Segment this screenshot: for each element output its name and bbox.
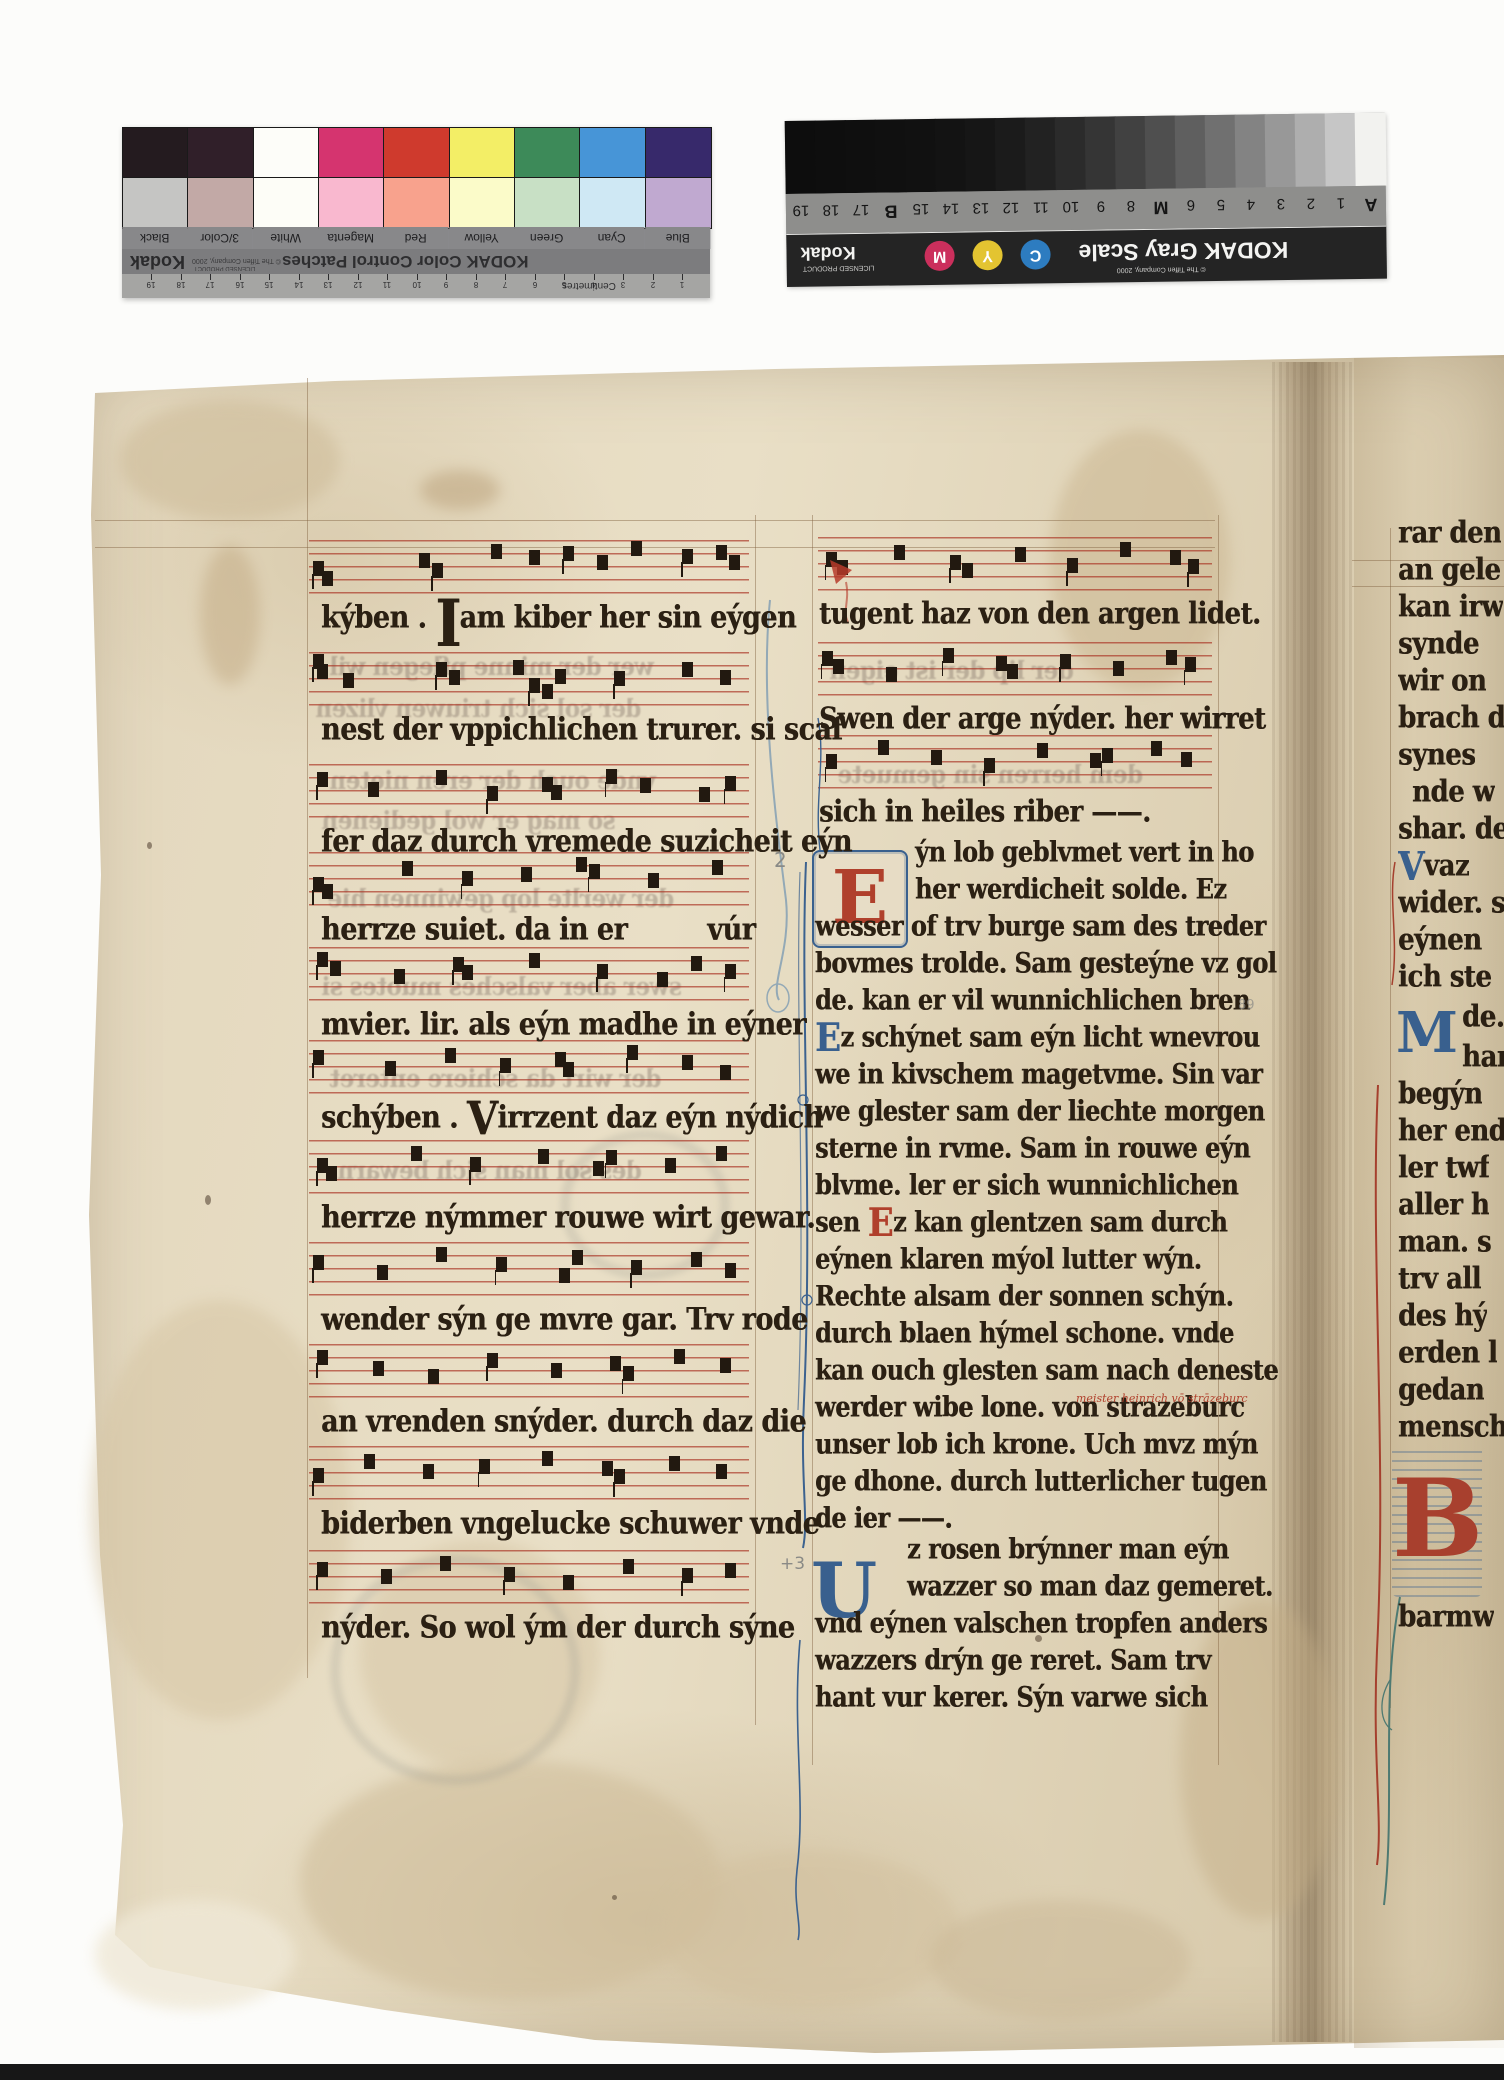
gray-step (965, 118, 997, 191)
fragment-text-line: rar den (1398, 516, 1501, 551)
ruler-number: 19 (143, 280, 159, 289)
initial-letter: B (1392, 1456, 1483, 1582)
kodak-wordmark: Kodak (130, 251, 185, 272)
ruler-number: 10 (409, 280, 425, 289)
chant-text-line-middle: tugent haz von den argen lidet. (819, 597, 1261, 632)
chant-text-line-left: herrze suiet. da in er vúr (321, 912, 755, 948)
prose-text-line: wazzers drýn ge reret. Sam trv (815, 1643, 1211, 1676)
color-patch-Red (383, 127, 450, 179)
fragment-text-line: an gele (1398, 553, 1500, 588)
prose-text-line: we glester sam der liechte morgen (815, 1094, 1265, 1127)
gray-step (995, 118, 1027, 191)
color-patch-tint-Red (383, 177, 450, 229)
prose-text-line: bovmes trolde. Sam gesteýne vz gol (815, 946, 1276, 979)
patch-label: White (253, 227, 318, 249)
patch-label: Blue (645, 227, 710, 249)
prose-text-line: Ez schýnet sam eýn licht wnevrou (815, 1020, 1260, 1053)
fragment-text-line: synes (1398, 738, 1475, 773)
gray-step (845, 120, 877, 193)
ruler-number: 11 (379, 280, 395, 289)
ruler-number: 9 (438, 280, 454, 289)
gray-step-label: 6 (1176, 196, 1206, 213)
ruler-number: 8 (468, 280, 484, 289)
gray-step-label: M (1146, 197, 1176, 218)
gray-card-copyright: © The Tiffen Company, 2000 (1117, 265, 1206, 273)
prose-text-line: we in kivschem magetvme. Sin var (815, 1057, 1262, 1090)
chant-text-line-left: herrze nýmmer rouwe wirt gewar. (321, 1200, 815, 1236)
fragment-text-line: ich ste (1398, 960, 1491, 995)
gray-step-label: 5 (1206, 196, 1236, 213)
ruler-number: 7 (497, 280, 513, 289)
gray-step (1235, 114, 1267, 187)
gray-step-label: 3 (1266, 195, 1296, 212)
gray-step (1355, 113, 1387, 186)
gray-step-label: 18 (816, 201, 846, 218)
gray-step-label: 14 (936, 199, 966, 216)
fragment-text-line: erden l (1398, 1336, 1497, 1371)
color-card-brand-band: KODAK Color Control Patches © The Tiffen… (122, 249, 710, 274)
lombard-initial-blue-E: E (815, 1015, 840, 1061)
centimetre-ruler: Centimetres 1234567891011121314151617181… (122, 274, 710, 298)
gray-card-licensed: LICENSED PRODUCT (803, 264, 875, 272)
calligraphic-initial-I: I (435, 586, 459, 662)
fragment-text-line: gedan (1398, 1373, 1484, 1408)
fragment-text-line: synde (1398, 627, 1479, 662)
red-rubric-gloss: meister heinrich vō strāzeburc (1076, 1392, 1248, 1405)
ruler-number: 5 (556, 280, 572, 289)
fragment-text-line: trv all (1398, 1262, 1481, 1297)
gray-step (1055, 117, 1087, 190)
gray-card-title: KODAK Gray Scale (1078, 236, 1288, 266)
gray-step (815, 120, 847, 193)
pencil-note: +3 (780, 1554, 805, 1574)
color-patch-tint-Green (514, 177, 581, 229)
gray-step (1295, 113, 1327, 186)
patch-label: Cyan (579, 227, 644, 249)
gray-step (1265, 114, 1297, 187)
ruler-number: 17 (202, 280, 218, 289)
color-patch-Yellow (449, 127, 516, 179)
fragment-text-line: hanr n (1462, 1040, 1504, 1075)
manuscript-scan-canvas: Black3/ColorWhiteMagentaRedYellowGreenCy… (0, 0, 1504, 2080)
ink-circle-C: C (1020, 239, 1050, 269)
ruler-number: 1 (674, 280, 690, 289)
color-patch-Blue (645, 127, 712, 179)
gray-step (935, 118, 967, 191)
ruler-number: 4 (586, 280, 602, 289)
color-patch-tint-Blue (645, 177, 712, 229)
fragment-text-line: nde w (1412, 775, 1495, 810)
fragment-text-line: kan irw (1398, 590, 1503, 625)
gray-step (1175, 115, 1207, 188)
ruler-number: 2 (645, 280, 661, 289)
gray-step-label: 12 (996, 199, 1026, 216)
gray-step-label: 15 (906, 200, 936, 217)
ruler-number: 16 (232, 280, 248, 289)
fragment-text-line: ler twf (1398, 1151, 1489, 1186)
kodak-color-control-patches-card: Black3/ColorWhiteMagentaRedYellowGreenCy… (122, 127, 710, 298)
decorated-initial-B: B (1392, 1445, 1482, 1597)
color-patch-Black (122, 127, 189, 179)
color-card-licensed: LICENSED PRODUCT (194, 265, 255, 271)
color-patch-tint-Black (122, 177, 189, 229)
gray-step (1085, 116, 1117, 189)
prose-text-line: sterne in rvme. Sam in rouwe eýn (815, 1131, 1250, 1164)
ruler-number: 3 (615, 280, 631, 289)
lombard-initial-blue-V: V (1398, 849, 1424, 884)
kodak-wordmark: Kodak (800, 242, 855, 264)
fragment-text-line: brach d (1398, 701, 1504, 736)
chant-text-line-left: biderben vngelucke schuwer vnde (321, 1506, 819, 1542)
capital-initial-V: V (467, 1092, 498, 1146)
gray-step-label: 8 (1116, 197, 1146, 214)
chant-text-line-left: wender sýn ge mvre gar. Trv rode (321, 1302, 808, 1338)
prose-text-line: durch blaen hýmel schone. vnde (815, 1316, 1234, 1349)
gray-step (1115, 116, 1147, 189)
chant-text-line-left: schýben . Virrzent daz eýn nýdich (321, 1100, 823, 1136)
fragment-text-line: barmw (1398, 1600, 1494, 1635)
patch-label: Yellow (449, 227, 514, 249)
gray-card-brand-band: Kodak LICENSED PRODUCT MYC KODAK Gray Sc… (786, 226, 1387, 287)
color-patch-tint-White (253, 177, 320, 229)
color-card-copyright: © The Tiffen Company, 2000 (192, 257, 281, 264)
fragment-text-line: aller h (1398, 1188, 1489, 1223)
ruler-number: 15 (261, 280, 277, 289)
fragment-text-line: wider. s (1398, 886, 1504, 921)
patch-label: Black (122, 227, 187, 249)
prose-text-line: ýn lob geblvmet vert in ho (915, 835, 1254, 868)
ruler-number: 18 (173, 280, 189, 289)
ruler-number: 13 (320, 280, 336, 289)
gray-step-label: 17 (846, 201, 876, 218)
color-patch-3/Color (187, 127, 254, 179)
patch-label: 3/Color (187, 227, 252, 249)
color-patch-tint-Cyan (579, 177, 646, 229)
prose-text-line: sen Ez kan glentzen sam durch (815, 1205, 1227, 1238)
color-card-title: KODAK Color Control Patches (282, 251, 529, 271)
fragment-text-line: wir on (1398, 664, 1486, 699)
prose-text-line: z rosen brýnner man eýn (907, 1532, 1229, 1565)
chant-text-line-left: nýder. So wol ým der durch sýne (321, 1610, 794, 1646)
prose-text-line: eýnen klaren mýol lutter wýn. (815, 1242, 1202, 1275)
fragment-text-line: des hý (1398, 1299, 1487, 1334)
fragment-text-line: man. s (1398, 1225, 1491, 1260)
fragment-text-line: mensch (1398, 1410, 1504, 1445)
gray-step (1145, 116, 1177, 189)
gray-step-label: 2 (1296, 194, 1326, 211)
prose-text-line: de. kan er vil wunnichlichen bren (815, 983, 1250, 1016)
ruler-number: 14 (291, 280, 307, 289)
ruler-number: 12 (350, 280, 366, 289)
fragment-text-line: Vvaz (1398, 849, 1469, 884)
gray-step-label: 4 (1236, 195, 1266, 212)
gray-step-label: 9 (1086, 197, 1116, 214)
fragment-text-line: her end (1398, 1114, 1504, 1149)
prose-text-line: ge dhone. durch lutterlicher tugen (815, 1464, 1267, 1497)
prose-text-line: Rechte alsam der sonnen schýn. (815, 1279, 1233, 1312)
color-patch-White (253, 127, 320, 179)
chant-text-line-left: an vrenden snýder. durch daz die (321, 1404, 806, 1440)
fragment-text-line: eýnen (1398, 923, 1482, 958)
gray-step-label: 11 (1026, 198, 1056, 215)
ink-circle-M: M (924, 241, 954, 271)
pencil-small-number: 89 (1238, 998, 1255, 1013)
gray-step-label: 19 (786, 202, 816, 219)
lombard-initial-red-E: E (868, 1200, 893, 1246)
prose-text-line: kan ouch glesten sam nach deneste (815, 1353, 1278, 1386)
chant-text-line-left: mvier. lir. als eýn madhe in eýner (321, 1007, 806, 1043)
gray-step-label: A (1356, 194, 1386, 215)
prose-text-line: wesser of trv burge sam des treder (815, 909, 1266, 942)
color-patch-Magenta (318, 127, 385, 179)
gray-step-label: 13 (966, 199, 996, 216)
gray-step (1025, 117, 1057, 190)
kodak-gray-scale-card: 191817B15141312111098M654321A Kodak LICE… (785, 113, 1387, 286)
folio-number-pencil: 2 (774, 848, 787, 872)
gray-step (1205, 115, 1237, 188)
color-patch-tint-Magenta (318, 177, 385, 229)
fragment-text-line: begýn (1398, 1077, 1482, 1112)
gray-step (1325, 113, 1357, 186)
ink-circle-Y: Y (972, 240, 1002, 270)
patch-label: Red (383, 227, 448, 249)
prose-text-line: vnd eýnen valschen tropfen anders (815, 1606, 1267, 1639)
scan-bottom-edge (0, 2064, 1504, 2080)
chant-text-line-middle: sich in heiles riber ——. (819, 795, 1151, 830)
prose-text-line: blvme. ler er sich wunnichlichen (815, 1168, 1238, 1201)
gray-step (875, 119, 907, 192)
gray-step (905, 119, 937, 192)
color-patch-tint-3/Color (187, 177, 254, 229)
ruler-number: 6 (527, 280, 543, 289)
gray-step-label: 1 (1326, 194, 1356, 211)
prose-text-line: de ier ——. (815, 1501, 952, 1534)
gray-step-label: B (876, 200, 906, 221)
prose-text-line: unser lob ich krone. Uch mvz mýn (815, 1427, 1258, 1460)
decorated-initial-M: M (1394, 993, 1460, 1073)
prose-text-line: her werdicheit solde. Ez (915, 872, 1226, 905)
initial-letter: M (1396, 1000, 1458, 1066)
color-patch-tint-Yellow (449, 177, 516, 229)
fragment-text-line: shar. de (1398, 812, 1504, 847)
patch-label: Green (514, 227, 579, 249)
chant-text-line-left: fer daz durch vremede suzicheit eýn (321, 824, 852, 860)
gray-step (785, 121, 817, 194)
color-patch-Green (514, 127, 581, 179)
patch-label: Magenta (318, 227, 383, 249)
prose-text-line: wazzer so man daz gemeret. (907, 1569, 1273, 1602)
fragment-text-line: de. vw (1462, 1000, 1504, 1035)
gray-step-label: 10 (1056, 198, 1086, 215)
chant-text-line-left: nest der vppichlichen trurer. si scaf (321, 712, 843, 748)
color-patch-Cyan (579, 127, 646, 179)
chant-text-line-left: kýben . Iam kiber her sin eýgen (321, 600, 796, 636)
chant-text-line-middle: Swen der arge nýder. her wirret (819, 702, 1266, 737)
prose-text-line: hant vur kerer. Sýn varwe sich (815, 1680, 1207, 1713)
